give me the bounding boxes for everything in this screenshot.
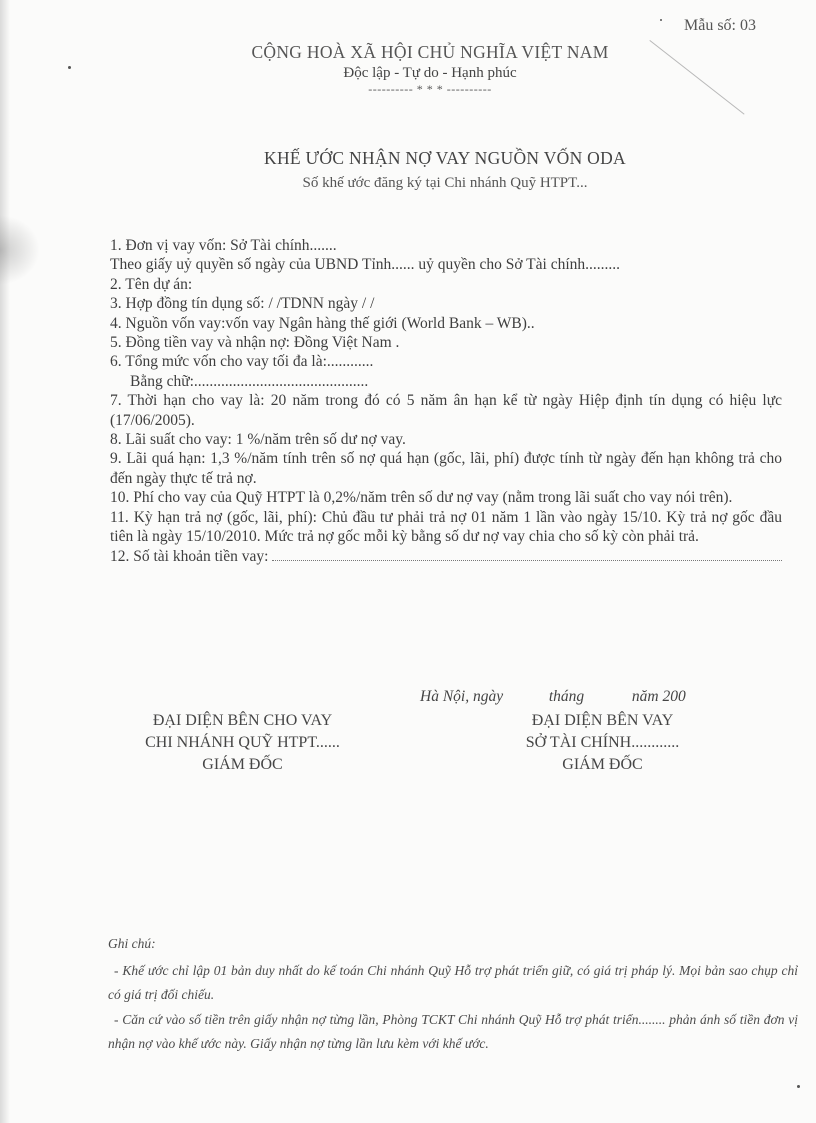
lender-signature-block: ĐẠI DIỆN BÊN CHO VAY CHI NHÁNH QUỸ HTPT.… xyxy=(110,710,375,776)
term-loan-source: 4. Nguồn vốn vay:vốn vay Ngân hàng thế g… xyxy=(110,314,782,333)
term-loan-fee: 10. Phí cho vay của Quỹ HTPT là 0,2%/năm… xyxy=(110,488,782,507)
dotted-fill-line xyxy=(272,547,782,561)
form-number: Mẫu số: 03 xyxy=(684,17,756,35)
national-motto: Độc lập - Tự do - Hạnh phúc xyxy=(200,65,660,82)
term-max-amount: 6. Tổng mức vốn cho vay tối đa là:......… xyxy=(110,352,782,371)
national-header: CỘNG HOÀ XÃ HỘI CHỦ NGHĨA VIỆT NAM Độc l… xyxy=(200,42,660,97)
term-authorization: Theo giấy uỷ quyền số ngày của UBND Tỉnh… xyxy=(110,255,782,274)
borrower-department: SỞ TÀI CHÍNH............ xyxy=(470,732,735,754)
term-repayment-schedule: 11. Kỳ hạn trả nợ (gốc, lãi, phí): Chủ đ… xyxy=(110,508,782,547)
scan-speck xyxy=(68,66,71,69)
document-subtitle: Số khế ước đăng ký tại Chi nhánh Quỹ HTP… xyxy=(200,175,690,192)
term-overdue-interest: 9. Lãi quá hạn: 1,3 %/năm tính trên số n… xyxy=(110,449,782,488)
date-year: năm 200 xyxy=(632,688,686,706)
lender-title: ĐẠI DIỆN BÊN CHO VAY xyxy=(110,710,375,732)
term-amount-in-words: Bằng chữ:...............................… xyxy=(110,372,782,391)
title-block: KHẾ ƯỚC NHẬN NỢ VAY NGUỒN VỐN ODA Số khế… xyxy=(200,148,690,192)
term-loan-account-label: 12. Số tài khoản tiền vay: xyxy=(110,547,268,566)
lender-branch: CHI NHÁNH QUỸ HTPT...... xyxy=(110,732,375,754)
date-month: tháng xyxy=(549,688,584,706)
scan-edge-shadow xyxy=(0,0,10,1123)
term-borrower-unit: 1. Đơn vị vay vốn: Sở Tài chính....... xyxy=(110,236,782,255)
term-loan-duration: 7. Thời hạn cho vay là: 20 năm trong đó … xyxy=(110,391,782,430)
scan-speck xyxy=(660,19,662,21)
document-title: KHẾ ƯỚC NHẬN NỢ VAY NGUỒN VỐN ODA xyxy=(200,148,690,169)
term-loan-account: 12. Số tài khoản tiền vay: xyxy=(110,547,782,566)
notes-heading: Ghi chú: xyxy=(108,932,798,957)
notes-section: Ghi chú: - Khế ước chỉ lập 01 bản duy nh… xyxy=(108,932,798,1057)
scan-speck xyxy=(797,1085,800,1088)
signing-date-line: Hà Nội, ngày tháng năm 200 xyxy=(420,688,686,706)
term-credit-contract: 3. Hợp đồng tín dụng số: / /TDNN ngày / … xyxy=(110,294,782,313)
borrower-signature-block: ĐẠI DIỆN BÊN VAY SỞ TÀI CHÍNH...........… xyxy=(470,710,735,776)
scanned-document-page: Mẫu số: 03 CỘNG HOÀ XÃ HỘI CHỦ NGHĨA VIỆ… xyxy=(0,0,816,1123)
borrower-director: GIÁM ĐỐC xyxy=(470,754,735,776)
term-currency: 5. Đồng tiền vay và nhận nợ: Đồng Việt N… xyxy=(110,333,782,352)
date-place-day: Hà Nội, ngày xyxy=(420,688,503,706)
nation-name: CỘNG HOÀ XÃ HỘI CHỦ NGHĨA VIỆT NAM xyxy=(200,42,660,63)
header-separator: ---------- * * * ---------- xyxy=(200,82,660,97)
term-project-name: 2. Tên dự án: xyxy=(110,275,782,294)
lender-director: GIÁM ĐỐC xyxy=(110,754,375,776)
note-item: - Khế ước chỉ lập 01 bản duy nhất do kế … xyxy=(108,959,798,1008)
contract-terms: 1. Đơn vị vay vốn: Sở Tài chính....... T… xyxy=(110,236,782,566)
borrower-title: ĐẠI DIỆN BÊN VAY xyxy=(470,710,735,732)
term-interest-rate: 8. Lãi suất cho vay: 1 %/năm trên số dư … xyxy=(110,430,782,449)
scan-smudge xyxy=(0,215,40,285)
pen-stroke-mark xyxy=(649,40,744,115)
note-item: - Căn cứ vào số tiền trên giấy nhận nợ t… xyxy=(108,1008,798,1057)
